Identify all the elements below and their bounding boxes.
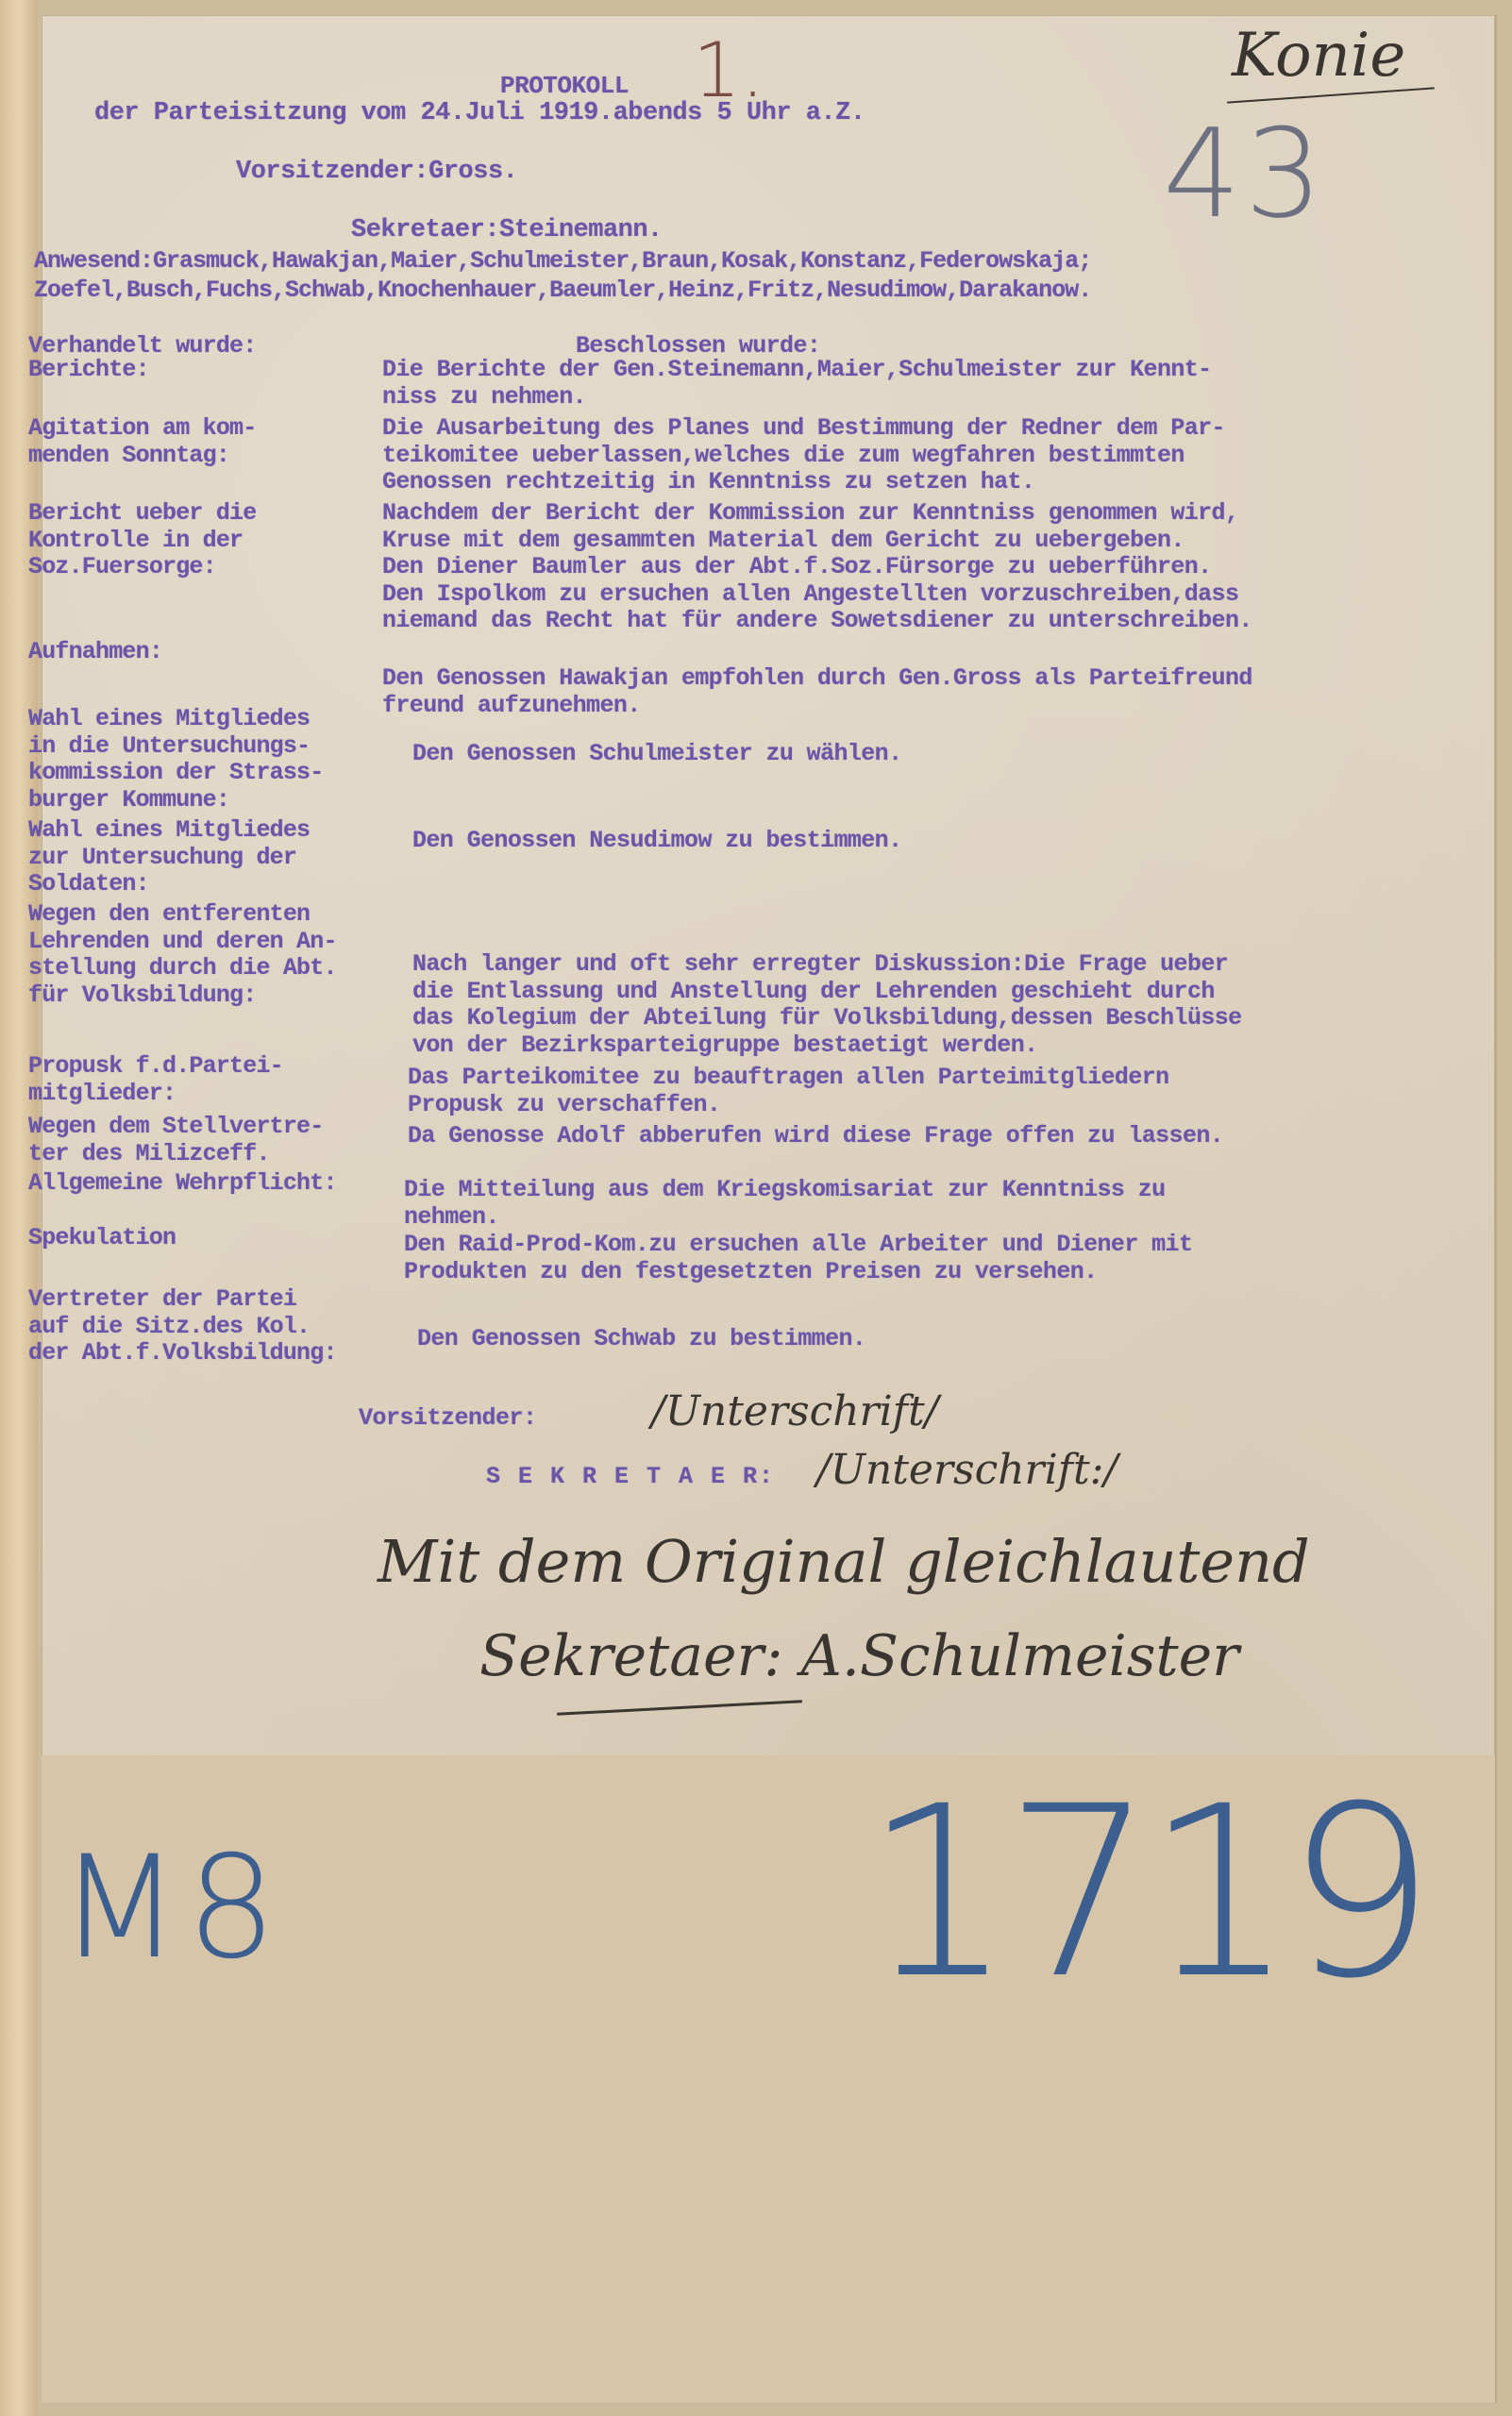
- decision-lehrende: Nach langer und oft sehr erregter Diskus…: [412, 951, 1512, 1059]
- decision-milizchef: Da Genosse Adolf abberufen wird diese Fr…: [408, 1123, 1512, 1150]
- topic-vertreter: Vertreter der Partei auf die Sitz.des Ko…: [28, 1286, 406, 1367]
- topic-berichte: Berichte:: [28, 357, 406, 384]
- topic-wehrpflicht: Allgemeine Wehrpflicht:: [28, 1170, 406, 1198]
- archive-mark-m8: M8: [59, 1826, 282, 1990]
- decision-untersuchungskommission: Den Genossen Schulmeister zu wählen.: [412, 741, 1512, 768]
- topic-agitation: Agitation am kom- menden Sonntag:: [28, 415, 406, 469]
- decision-spekulation: Den Raid-Prod-Kom.zu ersuchen alle Arbei…: [404, 1232, 1512, 1285]
- decision-propusk: Das Parteikomitee zu beauftragen allen P…: [408, 1065, 1512, 1118]
- signature-chair-label: Vorsitzender:: [359, 1404, 537, 1432]
- signature-chair-handwritten: /Unterschrift/: [651, 1387, 938, 1435]
- attendees-line-1: Anwesend:Grasmuck,Hawakjan,Maier,Schulme…: [34, 247, 1091, 275]
- signature-secretary-label: S E K R E T A E R:: [486, 1463, 775, 1490]
- decision-aufnahmen: Den Genossen Hawakjan empfohlen durch Ge…: [382, 665, 1496, 719]
- certifier-signature: Sekretaer: A.Schulmeister: [479, 1623, 1239, 1689]
- document-title: PROTOKOLL: [500, 73, 629, 100]
- topic-milizchef: Wegen dem Stellvertre- ter des Milizceff…: [28, 1114, 406, 1167]
- archive-number-1719: 1719: [864, 1755, 1426, 2030]
- topic-propusk: Propusk f.d.Partei- mitglieder:: [28, 1053, 406, 1107]
- chairman-line: Vorsitzender:Gross.: [236, 159, 517, 186]
- signature-secretary-handwritten: /Unterschrift:/: [816, 1446, 1117, 1494]
- topic-soldaten: Wahl eines Mitgliedes zur Untersuchung d…: [28, 817, 406, 898]
- topic-kontrolle: Bericht ueber die Kontrolle in der Soz.F…: [28, 500, 406, 581]
- decision-wehrpflicht: Die Mitteilung aus dem Kriegskomisariat …: [404, 1177, 1512, 1231]
- decision-agitation: Die Ausarbeitung des Planes und Bestimmu…: [382, 415, 1496, 496]
- topic-lehrende: Wegen den entferenten Lehrenden und dere…: [28, 901, 406, 1009]
- document-subtitle: der Parteisitzung vom 24.Juli 1919.abend…: [94, 100, 865, 127]
- attendees-line-2: Zoefel,Busch,Fuchs,Schwab,Knochenhauer,B…: [34, 277, 1091, 304]
- decision-berichte: Die Berichte der Gen.Steinemann,Maier,Sc…: [382, 357, 1496, 411]
- decision-vertreter: Den Genossen Schwab zu bestimmen.: [417, 1326, 1512, 1353]
- certification-text: Mit dem Original gleichlautend: [378, 1527, 1310, 1596]
- annotation-konie: Konie: [1232, 21, 1405, 91]
- topic-untersuchungskommission: Wahl eines Mitgliedes in die Untersuchun…: [28, 706, 406, 814]
- decision-kontrolle: Nachdem der Bericht der Kommission zur K…: [382, 500, 1496, 635]
- topic-aufnahmen: Aufnahmen:: [28, 639, 406, 666]
- secretary-line: Sekretaer:Steinemann.: [351, 217, 663, 244]
- decision-soldaten: Den Genossen Nesudimow zu bestimmen.: [412, 828, 1512, 855]
- topic-spekulation: Spekulation: [28, 1225, 406, 1252]
- annotation-page-number: 43: [1163, 102, 1326, 245]
